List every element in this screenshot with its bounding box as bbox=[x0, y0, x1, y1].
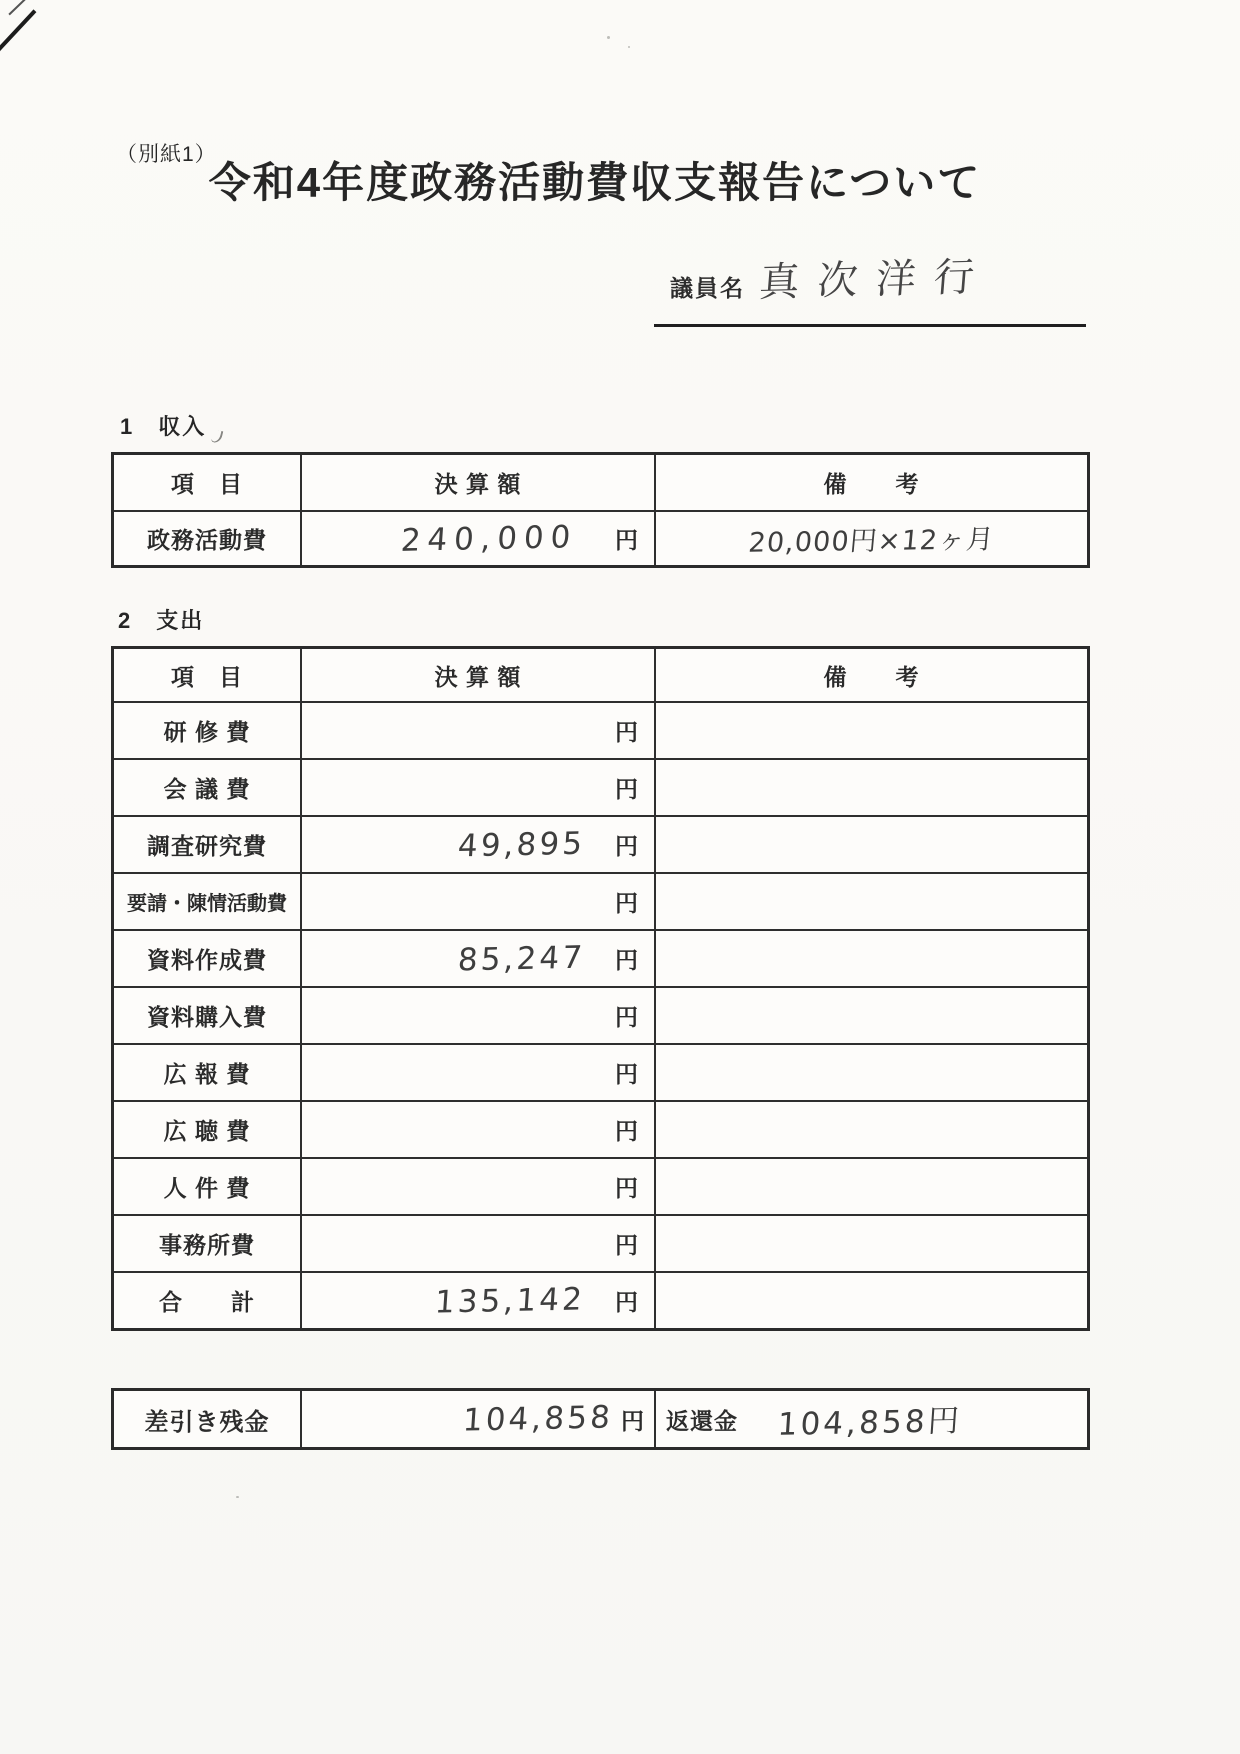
item-cell: 研 修 費 bbox=[114, 703, 300, 758]
yen-unit: 円 bbox=[615, 771, 654, 804]
expenditure-section-heading: 2 支出 bbox=[118, 604, 204, 635]
yen-unit: 円 bbox=[615, 1170, 654, 1203]
amount-handwritten: 240,000 bbox=[400, 519, 579, 559]
amount-cell: 円 bbox=[300, 1159, 654, 1214]
yen-unit: 円 bbox=[615, 885, 654, 918]
table-row: 広 報 費 円 bbox=[114, 1043, 1087, 1100]
scan-speck bbox=[236, 1496, 239, 1498]
refund-amount-handwritten: 104,858円 bbox=[776, 1395, 963, 1444]
expenditure-header-amount: 決 算 額 bbox=[300, 649, 654, 701]
scan-artifact-corner bbox=[0, 9, 36, 54]
amount-cell: 円 bbox=[300, 1216, 654, 1271]
table-row: 政務活動費 240,000 円 20,000円×12ヶ月 bbox=[114, 510, 1087, 565]
yen-unit: 円 bbox=[621, 1403, 654, 1436]
amount-cell: 135,142 円 bbox=[300, 1273, 654, 1328]
expenditure-table: 項 目 決 算 額 備 考 研 修 費 円 会 議 費 円 調査研究費 49,8… bbox=[111, 646, 1090, 1331]
remarks-cell bbox=[654, 1102, 1087, 1157]
item-cell: 調査研究費 bbox=[114, 817, 300, 872]
item-cell: 政務活動費 bbox=[114, 512, 300, 565]
item-cell: 要請・陳情活動費 bbox=[114, 874, 300, 929]
remarks-cell: 20,000円×12ヶ月 bbox=[654, 512, 1087, 565]
amount-cell: 円 bbox=[300, 1102, 654, 1157]
yen-unit: 円 bbox=[615, 1113, 654, 1146]
income-header-item: 項 目 bbox=[114, 455, 300, 510]
page-title: 令和4年度政務活動費収支報告について bbox=[0, 150, 1190, 210]
remarks-cell bbox=[654, 874, 1087, 929]
yen-unit: 円 bbox=[615, 1227, 654, 1260]
item-cell: 人 件 費 bbox=[114, 1159, 300, 1214]
balance-amount-handwritten: 104,858 bbox=[462, 1399, 615, 1438]
item-cell: 合 計 bbox=[114, 1273, 300, 1328]
remarks-handwritten: 20,000円×12ヶ月 bbox=[747, 517, 996, 559]
balance-label: 差引き残金 bbox=[114, 1391, 300, 1447]
amount-handwritten: 49,895 bbox=[457, 825, 587, 864]
table-row: 要請・陳情活動費 円 bbox=[114, 872, 1087, 929]
remarks-cell bbox=[654, 1045, 1087, 1100]
amount-cell: 円 bbox=[300, 1045, 654, 1100]
table-row: 広 聴 費 円 bbox=[114, 1100, 1087, 1157]
item-cell: 資料購入費 bbox=[114, 988, 300, 1043]
income-header-row: 項 目 決 算 額 備 考 bbox=[114, 455, 1087, 510]
scan-speck bbox=[607, 36, 610, 39]
amount-cell: 円 bbox=[300, 874, 654, 929]
yen-unit: 円 bbox=[615, 1056, 654, 1089]
remarks-cell bbox=[654, 931, 1087, 986]
remarks-cell bbox=[654, 703, 1087, 758]
yen-unit: 円 bbox=[615, 828, 654, 861]
remarks-cell bbox=[654, 1159, 1087, 1214]
amount-cell: 円 bbox=[300, 703, 654, 758]
item-cell: 広 聴 費 bbox=[114, 1102, 300, 1157]
summary-table: 差引き残金 104,858 円 返還金 104,858円 bbox=[111, 1388, 1090, 1450]
table-row: 人 件 費 円 bbox=[114, 1157, 1087, 1214]
expenditure-header-row: 項 目 決 算 額 備 考 bbox=[114, 649, 1087, 701]
table-row: 事務所費 円 bbox=[114, 1214, 1087, 1271]
remarks-cell bbox=[654, 988, 1087, 1043]
remarks-cell bbox=[654, 1273, 1087, 1328]
member-name-label: 議員名 bbox=[670, 270, 745, 303]
amount-cell: 円 bbox=[300, 988, 654, 1043]
yen-unit: 円 bbox=[615, 714, 654, 747]
table-row: 調査研究費 49,895 円 bbox=[114, 815, 1087, 872]
income-section-heading: 1 収入 bbox=[120, 410, 206, 441]
amount-handwritten: 85,247 bbox=[457, 939, 587, 978]
yen-unit: 円 bbox=[615, 522, 654, 555]
table-row: 資料作成費 85,247 円 bbox=[114, 929, 1087, 986]
amount-cell: 49,895 円 bbox=[300, 817, 654, 872]
table-row: 合 計 135,142 円 bbox=[114, 1271, 1087, 1328]
yen-unit: 円 bbox=[615, 999, 654, 1032]
scan-artifact-corner bbox=[8, 0, 25, 15]
amount-cell: 85,247 円 bbox=[300, 931, 654, 986]
expenditure-header-item: 項 目 bbox=[114, 649, 300, 701]
table-row: 会 議 費 円 bbox=[114, 758, 1087, 815]
table-row: 研 修 費 円 bbox=[114, 701, 1087, 758]
income-header-amount: 決 算 額 bbox=[300, 455, 654, 510]
amount-handwritten: 135,142 bbox=[434, 1281, 587, 1320]
item-cell: 広 報 費 bbox=[114, 1045, 300, 1100]
income-header-remarks: 備 考 bbox=[654, 455, 1087, 510]
remarks-cell bbox=[654, 760, 1087, 815]
balance-amount-cell: 104,858 円 bbox=[300, 1391, 654, 1447]
income-table: 項 目 決 算 額 備 考 政務活動費 240,000 円 20,000円×12… bbox=[111, 452, 1090, 568]
yen-unit: 円 bbox=[615, 1284, 654, 1317]
refund-label: 返還金 bbox=[666, 1403, 738, 1436]
scanned-document-page: （別紙1） 令和4年度政務活動費収支報告について 議員名 真次洋行 1 収入 項… bbox=[0, 0, 1240, 1754]
amount-cell: 円 bbox=[300, 760, 654, 815]
scan-speck bbox=[628, 46, 630, 48]
table-row: 差引き残金 104,858 円 返還金 104,858円 bbox=[114, 1391, 1087, 1447]
item-cell: 会 議 費 bbox=[114, 760, 300, 815]
expenditure-header-remarks: 備 考 bbox=[654, 649, 1087, 701]
item-cell: 事務所費 bbox=[114, 1216, 300, 1271]
amount-cell: 240,000 円 bbox=[300, 512, 654, 565]
table-row: 資料購入費 円 bbox=[114, 986, 1087, 1043]
yen-unit: 円 bbox=[615, 942, 654, 975]
remarks-cell bbox=[654, 817, 1087, 872]
refund-cell: 返還金 104,858円 bbox=[654, 1391, 1087, 1447]
remarks-cell bbox=[654, 1216, 1087, 1271]
scan-artifact-squiggle bbox=[211, 429, 224, 444]
member-name-handwritten: 真次洋行 bbox=[757, 245, 994, 308]
member-name-underline bbox=[654, 324, 1086, 327]
item-cell: 資料作成費 bbox=[114, 931, 300, 986]
